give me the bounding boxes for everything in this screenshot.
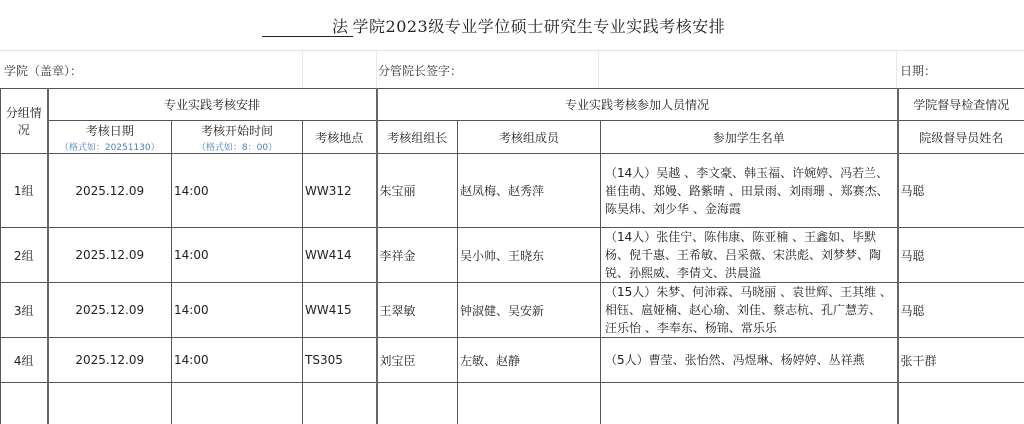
cell-supervisor[interactable]: 马聪 — [898, 154, 1024, 228]
cell-members[interactable]: 左敏、赵静 — [458, 338, 601, 383]
header-location: 考核地点 — [303, 121, 377, 154]
table-row: 1组 2025.12.09 14:00 WW312 朱宝丽 赵凤梅、赵秀萍 （1… — [1, 154, 1024, 228]
cell-leader[interactable]: 王翠敏 — [377, 283, 458, 338]
header-leader: 考核组组长 — [377, 121, 458, 154]
date-label: 日期： — [900, 62, 936, 79]
cell-location[interactable]: WW312 — [303, 154, 377, 228]
header-date: 考核日期（格式如：20251130） — [48, 121, 172, 154]
grid-line — [376, 50, 377, 88]
table-row-empty — [1, 383, 1024, 424]
cell-group[interactable]: 1组 — [1, 154, 48, 228]
cell-members[interactable] — [458, 383, 601, 424]
cell-group[interactable]: 4组 — [1, 338, 48, 383]
header-supervisor: 院级督导员姓名 — [898, 121, 1024, 154]
cell-time[interactable] — [172, 383, 303, 424]
header-group: 分组情况 — [1, 89, 48, 154]
cell-members[interactable]: 吴小帅、王晓东 — [458, 228, 601, 283]
header-supervision: 学院督导检查情况 — [898, 89, 1024, 121]
cell-supervisor[interactable]: 马聪 — [898, 283, 1024, 338]
cell-group[interactable]: 3组 — [1, 283, 48, 338]
cell-time[interactable]: 14:00 — [172, 154, 303, 228]
grid-line — [302, 50, 303, 88]
cell-date[interactable]: 2025.12.09 — [48, 283, 172, 338]
header-participants: 专业实践考核参加人员情况 — [377, 89, 898, 121]
cell-group[interactable] — [1, 383, 48, 424]
header-start-time: 考核开始时间（格式如：8：00） — [172, 121, 303, 154]
table-row: 4组 2025.12.09 14:00 TS305 刘宝臣 左敏、赵静 （5人）… — [1, 338, 1024, 383]
cell-time[interactable]: 14:00 — [172, 283, 303, 338]
cell-supervisor[interactable] — [898, 383, 1024, 424]
cell-time[interactable]: 14:00 — [172, 228, 303, 283]
header-students: 参加学生名单 — [601, 121, 898, 154]
cell-date[interactable]: 2025.12.09 — [48, 228, 172, 283]
cell-members[interactable]: 赵凤梅、赵秀萍 — [458, 154, 601, 228]
cell-leader[interactable]: 李祥金 — [377, 228, 458, 283]
college-seal-label: 学院（盖章）： — [4, 62, 82, 79]
cell-students[interactable]: （14人）吴越 、李文豪、韩玉福、许婉婷、冯若兰、崔佳萌、郑嫚、路紫晴 、田景雨… — [601, 154, 898, 228]
schedule-table: 分组情况 专业实践考核安排 专业实践考核参加人员情况 学院督导检查情况 考核日期… — [0, 88, 1024, 424]
title-blank-underline — [262, 18, 328, 37]
grid-line — [896, 50, 897, 88]
page-title: 法学院2023级专业学位硕士研究生专业实践考核安排 — [262, 14, 725, 37]
table-row: 2组 2025.12.09 14:00 WW414 李祥金 吴小帅、王晓东 （1… — [1, 228, 1024, 283]
cell-location[interactable]: WW414 — [303, 228, 377, 283]
cell-date[interactable]: 2025.12.09 — [48, 154, 172, 228]
dean-signature-label: 分管院长签字： — [378, 62, 462, 79]
cell-students[interactable]: （15人）朱梦、何沛霖、马晓丽 、袁世辉、王其维 、相钰、扈娅楠、赵心瑜、刘佳、… — [601, 283, 898, 338]
cell-supervisor[interactable]: 张干群 — [898, 338, 1024, 383]
cell-leader[interactable]: 朱宝丽 — [377, 154, 458, 228]
cell-students[interactable]: （14人）张佳宁、陈伟康、陈亚楠 、王鑫如、毕默杨、倪千惠、王希敏、吕采薇、宋洪… — [601, 228, 898, 283]
cell-group[interactable]: 2组 — [1, 228, 48, 283]
signature-row: 学院（盖章）： 分管院长签字： 日期： — [0, 50, 1024, 89]
cell-leader[interactable] — [377, 383, 458, 424]
title-text: 学院2023级专业学位硕士研究生专业实践考核安排 — [353, 17, 726, 36]
table-row: 3组 2025.12.09 14:00 WW415 王翠敏 钟淑健、吴安新 （1… — [1, 283, 1024, 338]
title-college-fill: 法 — [328, 17, 353, 37]
cell-time[interactable]: 14:00 — [172, 338, 303, 383]
cell-date[interactable]: 2025.12.09 — [48, 338, 172, 383]
cell-location[interactable] — [303, 383, 377, 424]
date-format-hint: （格式如：20251130） — [51, 140, 170, 153]
title-row: 法学院2023级专业学位硕士研究生专业实践考核安排 — [0, 0, 1024, 51]
header-arrangement: 专业实践考核安排 — [48, 89, 377, 121]
grid-line — [598, 50, 599, 88]
header-members: 考核组成员 — [458, 121, 601, 154]
cell-students[interactable]: （5人）曹莹、张怡然、冯煜琳、杨婷婷、丛祥燕 — [601, 338, 898, 383]
cell-supervisor[interactable]: 马聪 — [898, 228, 1024, 283]
cell-members[interactable]: 钟淑健、吴安新 — [458, 283, 601, 338]
time-format-hint: （格式如：8：00） — [174, 140, 300, 153]
cell-students[interactable] — [601, 383, 898, 424]
cell-location[interactable]: TS305 — [303, 338, 377, 383]
cell-location[interactable]: WW415 — [303, 283, 377, 338]
cell-leader[interactable]: 刘宝臣 — [377, 338, 458, 383]
cell-date[interactable] — [48, 383, 172, 424]
